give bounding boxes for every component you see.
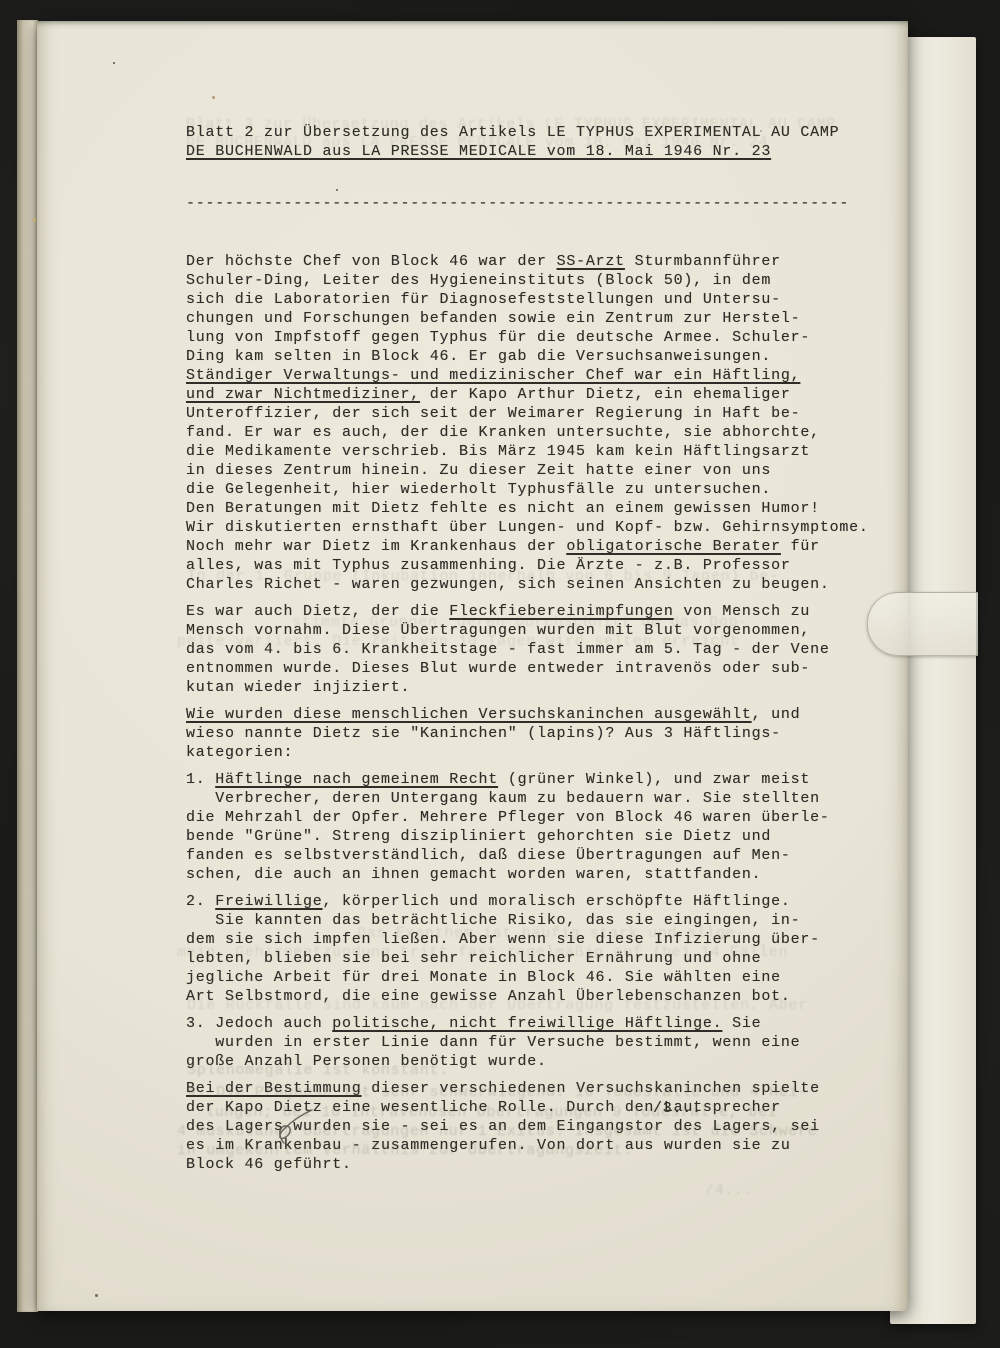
paper-speck [33,218,36,222]
text-line: 1. Häftlinge nach gemeinem Recht (grüner… [186,770,900,789]
underlined-text: Ständiger Verwaltungs- und medizinischer… [186,367,800,384]
bleed-through-line: /4... [705,1181,754,1200]
handwritten-mark [267,1107,317,1147]
bleed-through-line: mein. Gehirnentzündung tritt fast regelm… [177,943,788,962]
text-line: sich die Laboratorien für Diagnosefestst… [186,290,900,309]
bleed-through-line: stimmte Gruppen, deren Durchschnitt um d… [292,613,748,632]
text-line: entnommen wurde. Dieses Blut wurde entwe… [186,659,900,678]
text-line: die Gelegenheit, hier wiederholt Typhusf… [186,480,900,499]
underlined-text: obligatorische Berater [566,538,781,555]
text-line: Den Beratungen mit Dietz fehlte es nicht… [186,499,900,518]
bleed-through-line: Die Rückfälle sind kaum nach der Übertra… [187,996,808,1015]
scanned-document-background: Blatt 2 zur Übersetzung des Artikels LE … [0,0,1000,1348]
previous-page-edge [17,20,38,1312]
paper-speck [212,96,215,99]
underlined-text: Häftlinge nach gemeinem Recht [215,771,498,788]
bleed-through-line: Splenomegalie ist konstant. [187,1061,449,1080]
header-dashed-rule: ----------------------------------------… [186,199,900,212]
text-line: Noch mehr war Dietz im Krankenhaus der o… [186,537,900,556]
text-line: Der höchste Chef von Block 46 war der SS… [186,252,900,271]
underlined-text: politische, nicht freiwillige Häftlinge. [332,1015,722,1032]
text-line: Unteroffizier, der sich seit der Weimare… [186,404,900,423]
text-line: chungen und Forschungen befanden sowie e… [186,309,900,328]
underlined-text: Freiwillige [215,893,322,910]
bleed-through-line: DE BUCHENWALD aus LA PRESSE MEDICALE vom… [186,133,768,152]
text-line: die Medikamente verschrieb. Bis März 194… [186,442,900,461]
text-line: Schuler-Ding, Leiter des Hygieneinstitut… [186,271,900,290]
text-line: kutan wieder injiziert. [186,678,900,697]
paper-speck [95,1294,98,1297]
paragraph: Wie wurden diese menschlichen Versuchska… [186,705,900,762]
text-line: in dieses Zentrum hinein. Zu dieser Zeit… [186,461,900,480]
paper-speck [113,62,115,64]
text-line: fand. Er war es auch, der die Kranken un… [186,423,900,442]
paper-speck [336,189,338,191]
text-line: kategorien: [186,743,900,762]
text-line: wurden in erster Linie dann für Versuche… [186,1033,900,1052]
text-line: lung von Impfstoff gegen Typhus für die … [186,328,900,347]
text-line: Wie wurden diese menschlichen Versuchska… [186,705,900,724]
bleed-through-line: pelte variiert. Die Zeit von 10 Tagen wi… [177,632,740,651]
text-line: und zwar Nichtmediziner, der Kapo Arthur… [186,385,900,404]
text-line: bende "Grüne". Streng diszipliniert geho… [186,827,900,846]
page-holder-tab [867,592,978,656]
bleed-through-line: 4. Die Prognose ist sehr schwerwiegend: … [187,1083,808,1102]
text-line: Ständiger Verwaltungs- und medizinischer… [186,366,900,385]
text-line: schen, die auch an ihnen gemacht worden … [186,865,900,884]
bleed-through-line: In der 1. Gruppe (Inkubation innerhalb v… [187,567,779,586]
underlined-text: und zwar Nichtmediziner, [186,386,420,403]
underlined-text: Wie wurden diese menschlichen Versuchska… [186,706,752,723]
paper-speck [760,130,762,132]
text-line: Verbrecher, deren Untergang kaum zu beda… [186,789,900,808]
bleed-through-line: Das Exanthem ist häufig stark und allge- [357,924,745,943]
underlined-text: SS-Arzt [557,253,625,270]
document-body: Der höchste Chef von Block 46 war der SS… [186,252,900,1174]
typewritten-page: Blatt 2 zur Übersetzung des Artikels LE … [37,21,908,1311]
bleed-through-line: Blatt 3 zur Übersetzung des Artikels LE … [186,115,836,134]
text-line: Ding kam selten in Block 46. Er gab die … [186,347,900,366]
text-line: 3. Jedoch auch politische, nicht freiwil… [186,1014,900,1033]
text-line: 2. Freiwillige, körperlich und moralisch… [186,892,900,911]
text-line: wieso nannte Dietz sie "Kaninchen" (lapi… [186,724,900,743]
text-line: fanden es selbstverständlich, daß diese … [186,846,900,865]
paragraph: Der höchste Chef von Block 46 war der SS… [186,252,900,594]
text-line: Wir diskutierten ernsthaft über Lungen- … [186,518,900,537]
text-line: die Mehrzahl der Opfer. Mehrere Pfleger … [186,808,900,827]
list-item: 1. Häftlinge nach gemeinem Recht (grüner… [186,770,900,884]
bleed-through-line: in umgekehrtem Verhältnis zur Übertragun… [177,1141,633,1160]
page-content: Blatt 2 zur Übersetzung des Artikels LE … [186,85,900,1220]
text-line: jegliche Arbeit für drei Monate in Block… [186,968,900,987]
